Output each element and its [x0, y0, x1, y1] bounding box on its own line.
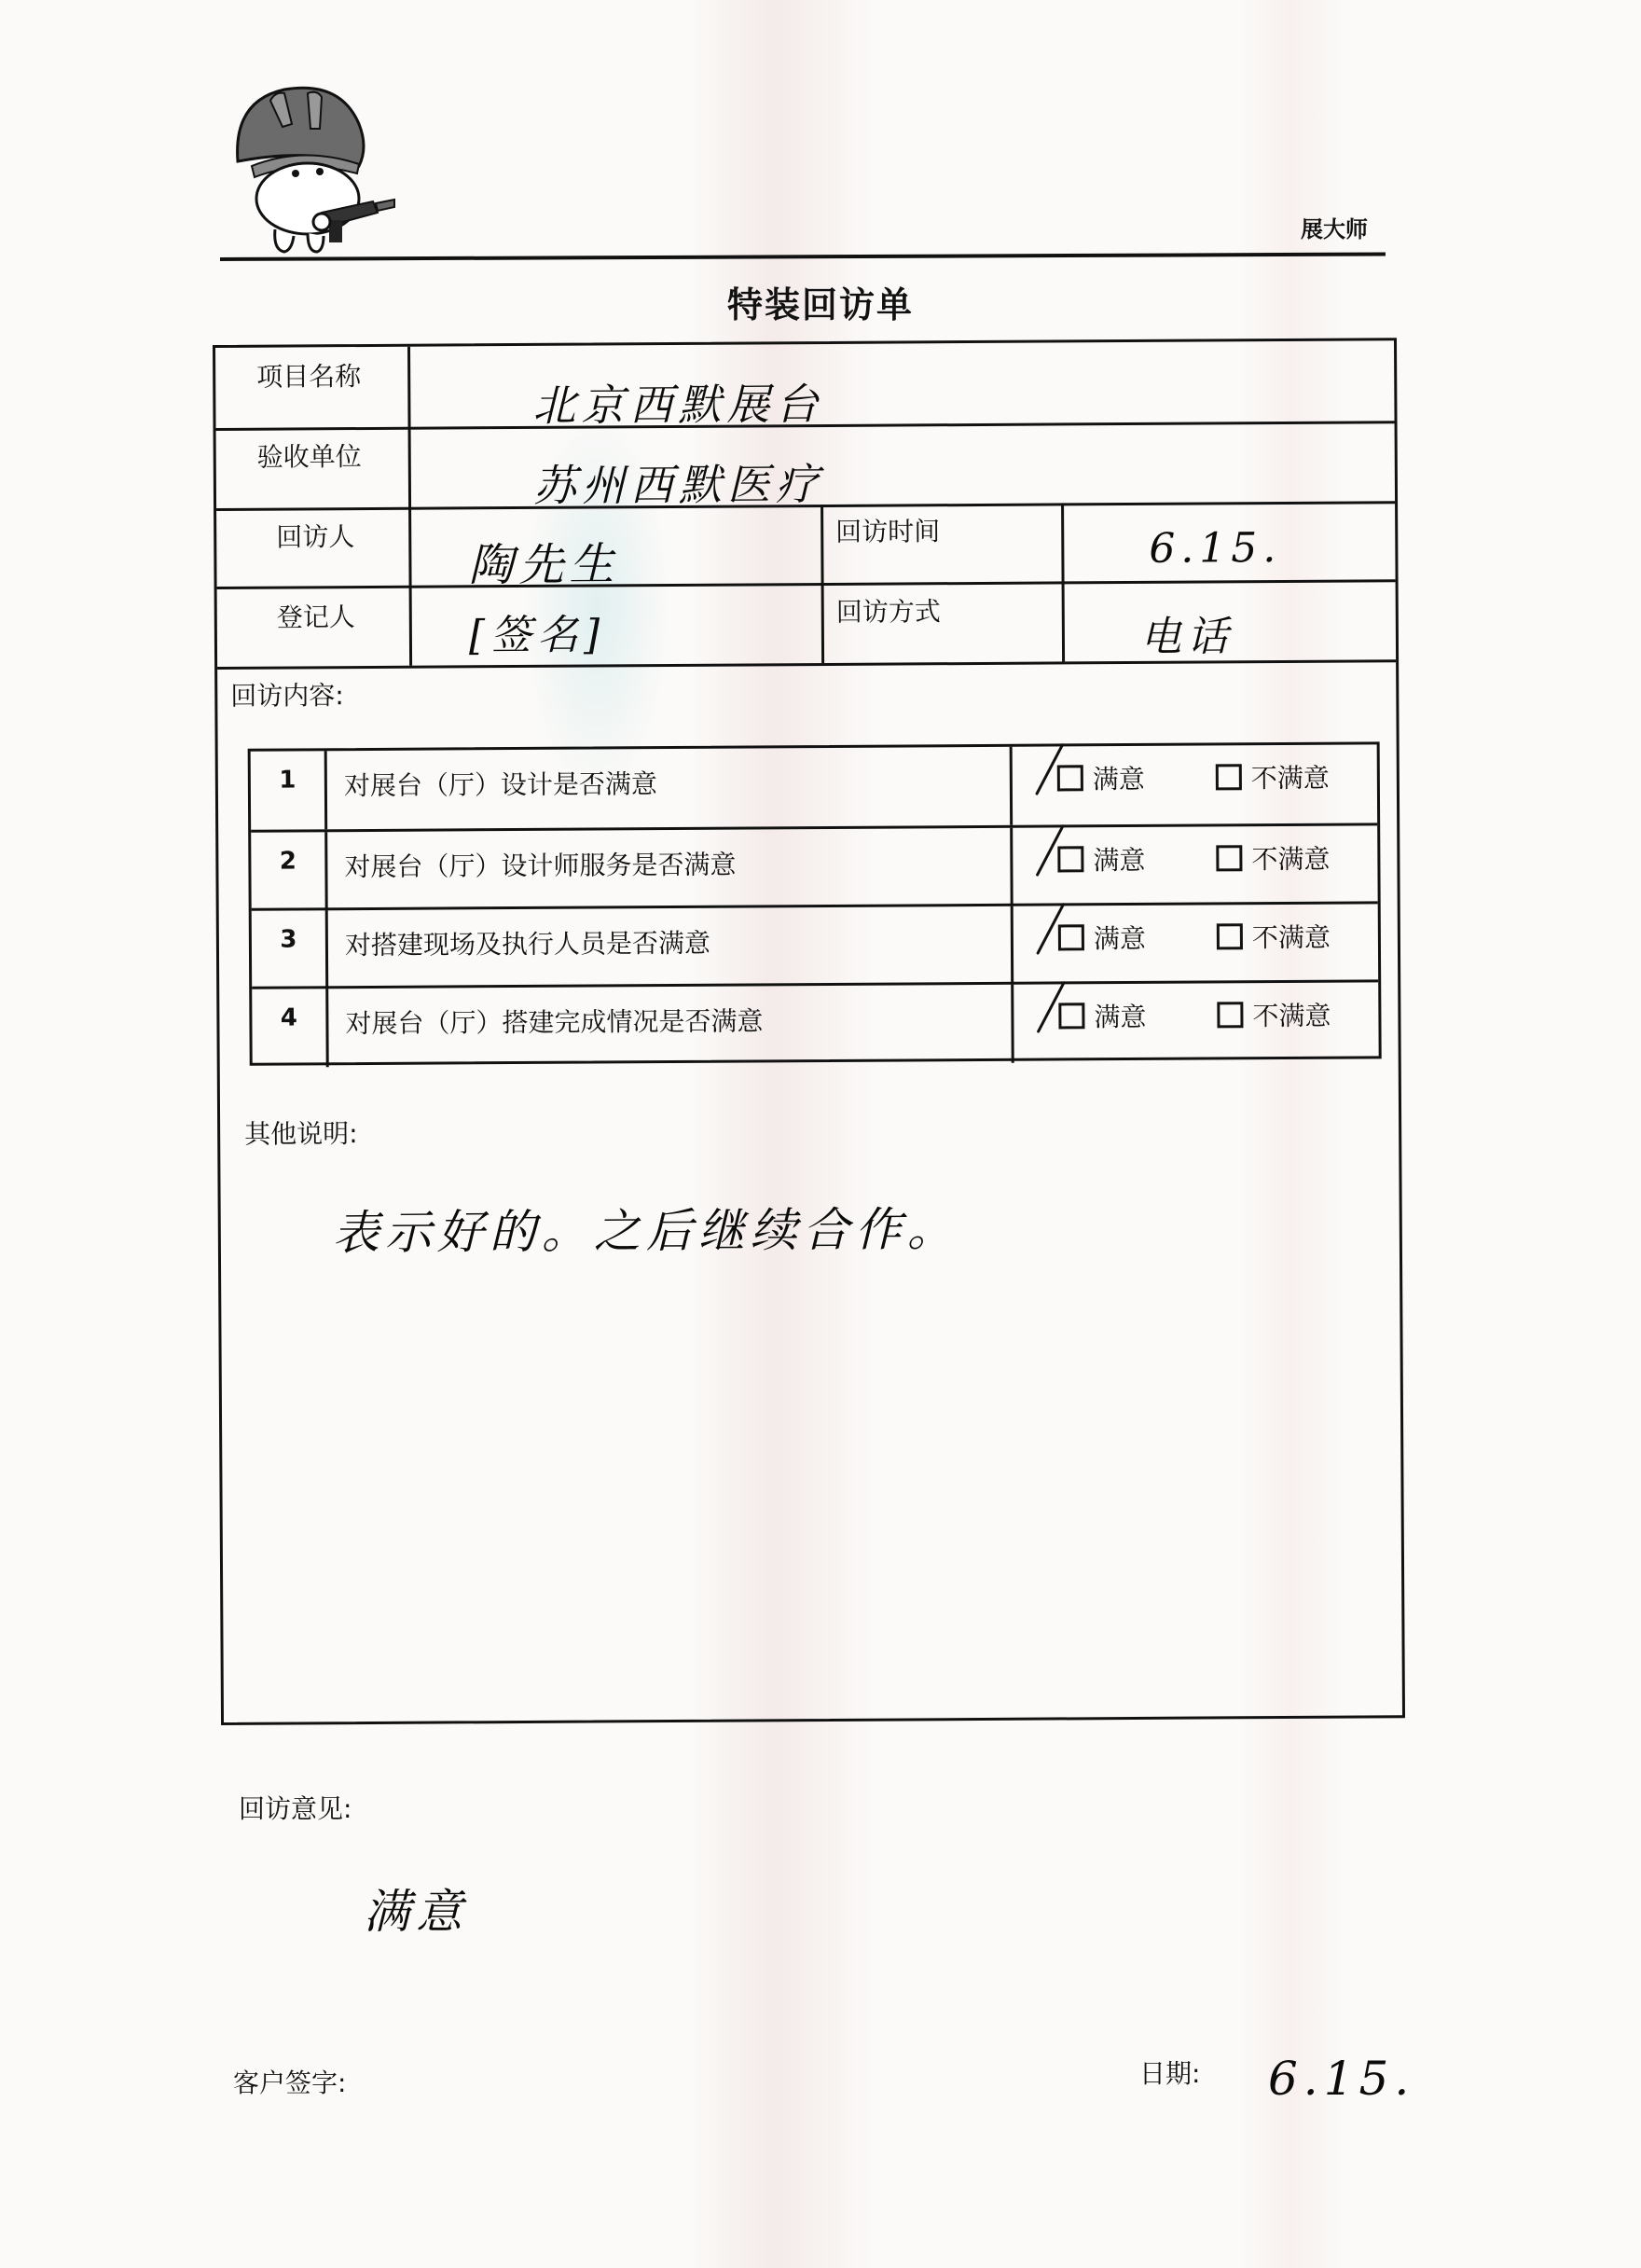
row-divider [217, 579, 1396, 589]
answer-cell: 满意 不满意 [1011, 904, 1379, 984]
handwritten-check-icon [1035, 743, 1064, 795]
option-label: 满意 [1093, 840, 1145, 878]
notes-label: 其他说明: [244, 1113, 358, 1152]
visit-content-label: 回访内容: [230, 675, 344, 713]
option-satisfied[interactable]: 满意 [1058, 997, 1146, 1035]
registrar-signature[interactable]: [签名] [469, 601, 606, 661]
question-text: 对展台（厅）设计师服务是否满意 [344, 845, 736, 885]
date-value[interactable]: 6.15. [1268, 2052, 1414, 2106]
col-divider [1061, 503, 1065, 661]
visit-form: 项目名称 北京西默展台 验收单位 苏州西默医疗 回访人 陶先生 回访时间 6.1… [213, 338, 1405, 1725]
opinion-label: 回访意见: [239, 1789, 352, 1826]
visitor-value[interactable]: 陶先生 [468, 528, 619, 593]
date-label: 日期: [1139, 2054, 1200, 2091]
handwritten-check-icon [1037, 981, 1066, 1033]
option-satisfied[interactable]: 满意 [1057, 759, 1145, 797]
checkbox-checked-icon[interactable] [1057, 765, 1083, 791]
col-divider [820, 505, 824, 663]
option-satisfied[interactable]: 满意 [1058, 919, 1146, 957]
notes-value[interactable]: 表示好的。之后继续合作。 [333, 1192, 959, 1263]
option-unsatisfied[interactable]: 不满意 [1217, 918, 1331, 956]
checkbox-icon[interactable] [1217, 923, 1243, 949]
question-row: 4 对展台（厅）搭建完成情况是否满意 满意 不满意 [252, 979, 1379, 1067]
checkbox-checked-icon[interactable] [1058, 924, 1084, 950]
brand-name: 展大师 [1301, 211, 1368, 243]
option-label: 不满意 [1251, 839, 1330, 878]
project-name-label: 项目名称 [256, 356, 361, 394]
question-number: 2 [251, 832, 328, 910]
visit-method-label: 回访方式 [836, 591, 941, 629]
checkbox-checked-icon[interactable] [1058, 1003, 1084, 1029]
checkbox-icon[interactable] [1216, 764, 1242, 790]
question-number: 4 [252, 989, 329, 1067]
visitor-label: 回访人 [276, 517, 354, 555]
question-text: 对搭建现场及执行人员是否满意 [345, 923, 710, 962]
page-title: 特装回访单 [0, 276, 1641, 327]
mascot-logo-icon [219, 73, 396, 259]
project-name-value[interactable]: 北京西默展台 [532, 370, 823, 434]
option-label: 不满意 [1252, 996, 1331, 1034]
answer-cell: 满意 不满意 [1011, 982, 1379, 1062]
visit-time-label: 回访时间 [835, 511, 940, 549]
question-text: 对展台（厅）搭建完成情况是否满意 [345, 1001, 763, 1041]
signature-label: 客户签字: [233, 2063, 346, 2100]
option-satisfied[interactable]: 满意 [1057, 840, 1145, 878]
registrar-label: 登记人 [277, 597, 355, 635]
opinion-value[interactable]: 满意 [364, 1874, 468, 1942]
option-label: 满意 [1094, 997, 1146, 1034]
option-label: 满意 [1093, 759, 1145, 796]
option-label: 满意 [1094, 919, 1146, 956]
question-row: 2 对展台（厅）设计师服务是否满意 满意 不满意 [251, 823, 1378, 910]
option-label: 不满意 [1251, 758, 1330, 796]
answer-cell: 满意 不满意 [1010, 825, 1378, 906]
option-unsatisfied[interactable]: 不满意 [1216, 839, 1330, 878]
acceptance-unit-label: 验收单位 [257, 436, 362, 475]
acceptance-unit-value[interactable]: 苏州西默医疗 [533, 450, 824, 514]
handwritten-check-icon [1036, 824, 1065, 877]
question-row: 3 对搭建现场及执行人员是否满意 满意 不满意 [252, 901, 1379, 989]
visit-method-value[interactable]: 电话 [1140, 602, 1234, 663]
option-unsatisfied[interactable]: 不满意 [1216, 758, 1330, 796]
question-row: 1 对展台（厅）设计是否满意 满意 不满意 [251, 744, 1377, 829]
question-number: 1 [251, 751, 328, 829]
answer-cell: 满意 不满意 [1010, 744, 1378, 824]
checkbox-icon[interactable] [1216, 845, 1242, 871]
question-text: 对展台（厅）设计是否满意 [344, 764, 657, 803]
questions-table: 1 对展台（厅）设计是否满意 满意 不满意 2 对展台（厅）设计师服务是否满意 … [248, 741, 1382, 1065]
signature-field[interactable] [373, 2052, 653, 2098]
checkbox-checked-icon[interactable] [1057, 846, 1083, 872]
handwritten-check-icon [1036, 903, 1065, 955]
option-label: 不满意 [1252, 918, 1331, 956]
visit-time-value[interactable]: 6.15. [1149, 524, 1281, 573]
checkbox-icon[interactable] [1217, 1002, 1243, 1028]
option-unsatisfied[interactable]: 不满意 [1217, 996, 1331, 1034]
question-number: 3 [252, 910, 329, 989]
